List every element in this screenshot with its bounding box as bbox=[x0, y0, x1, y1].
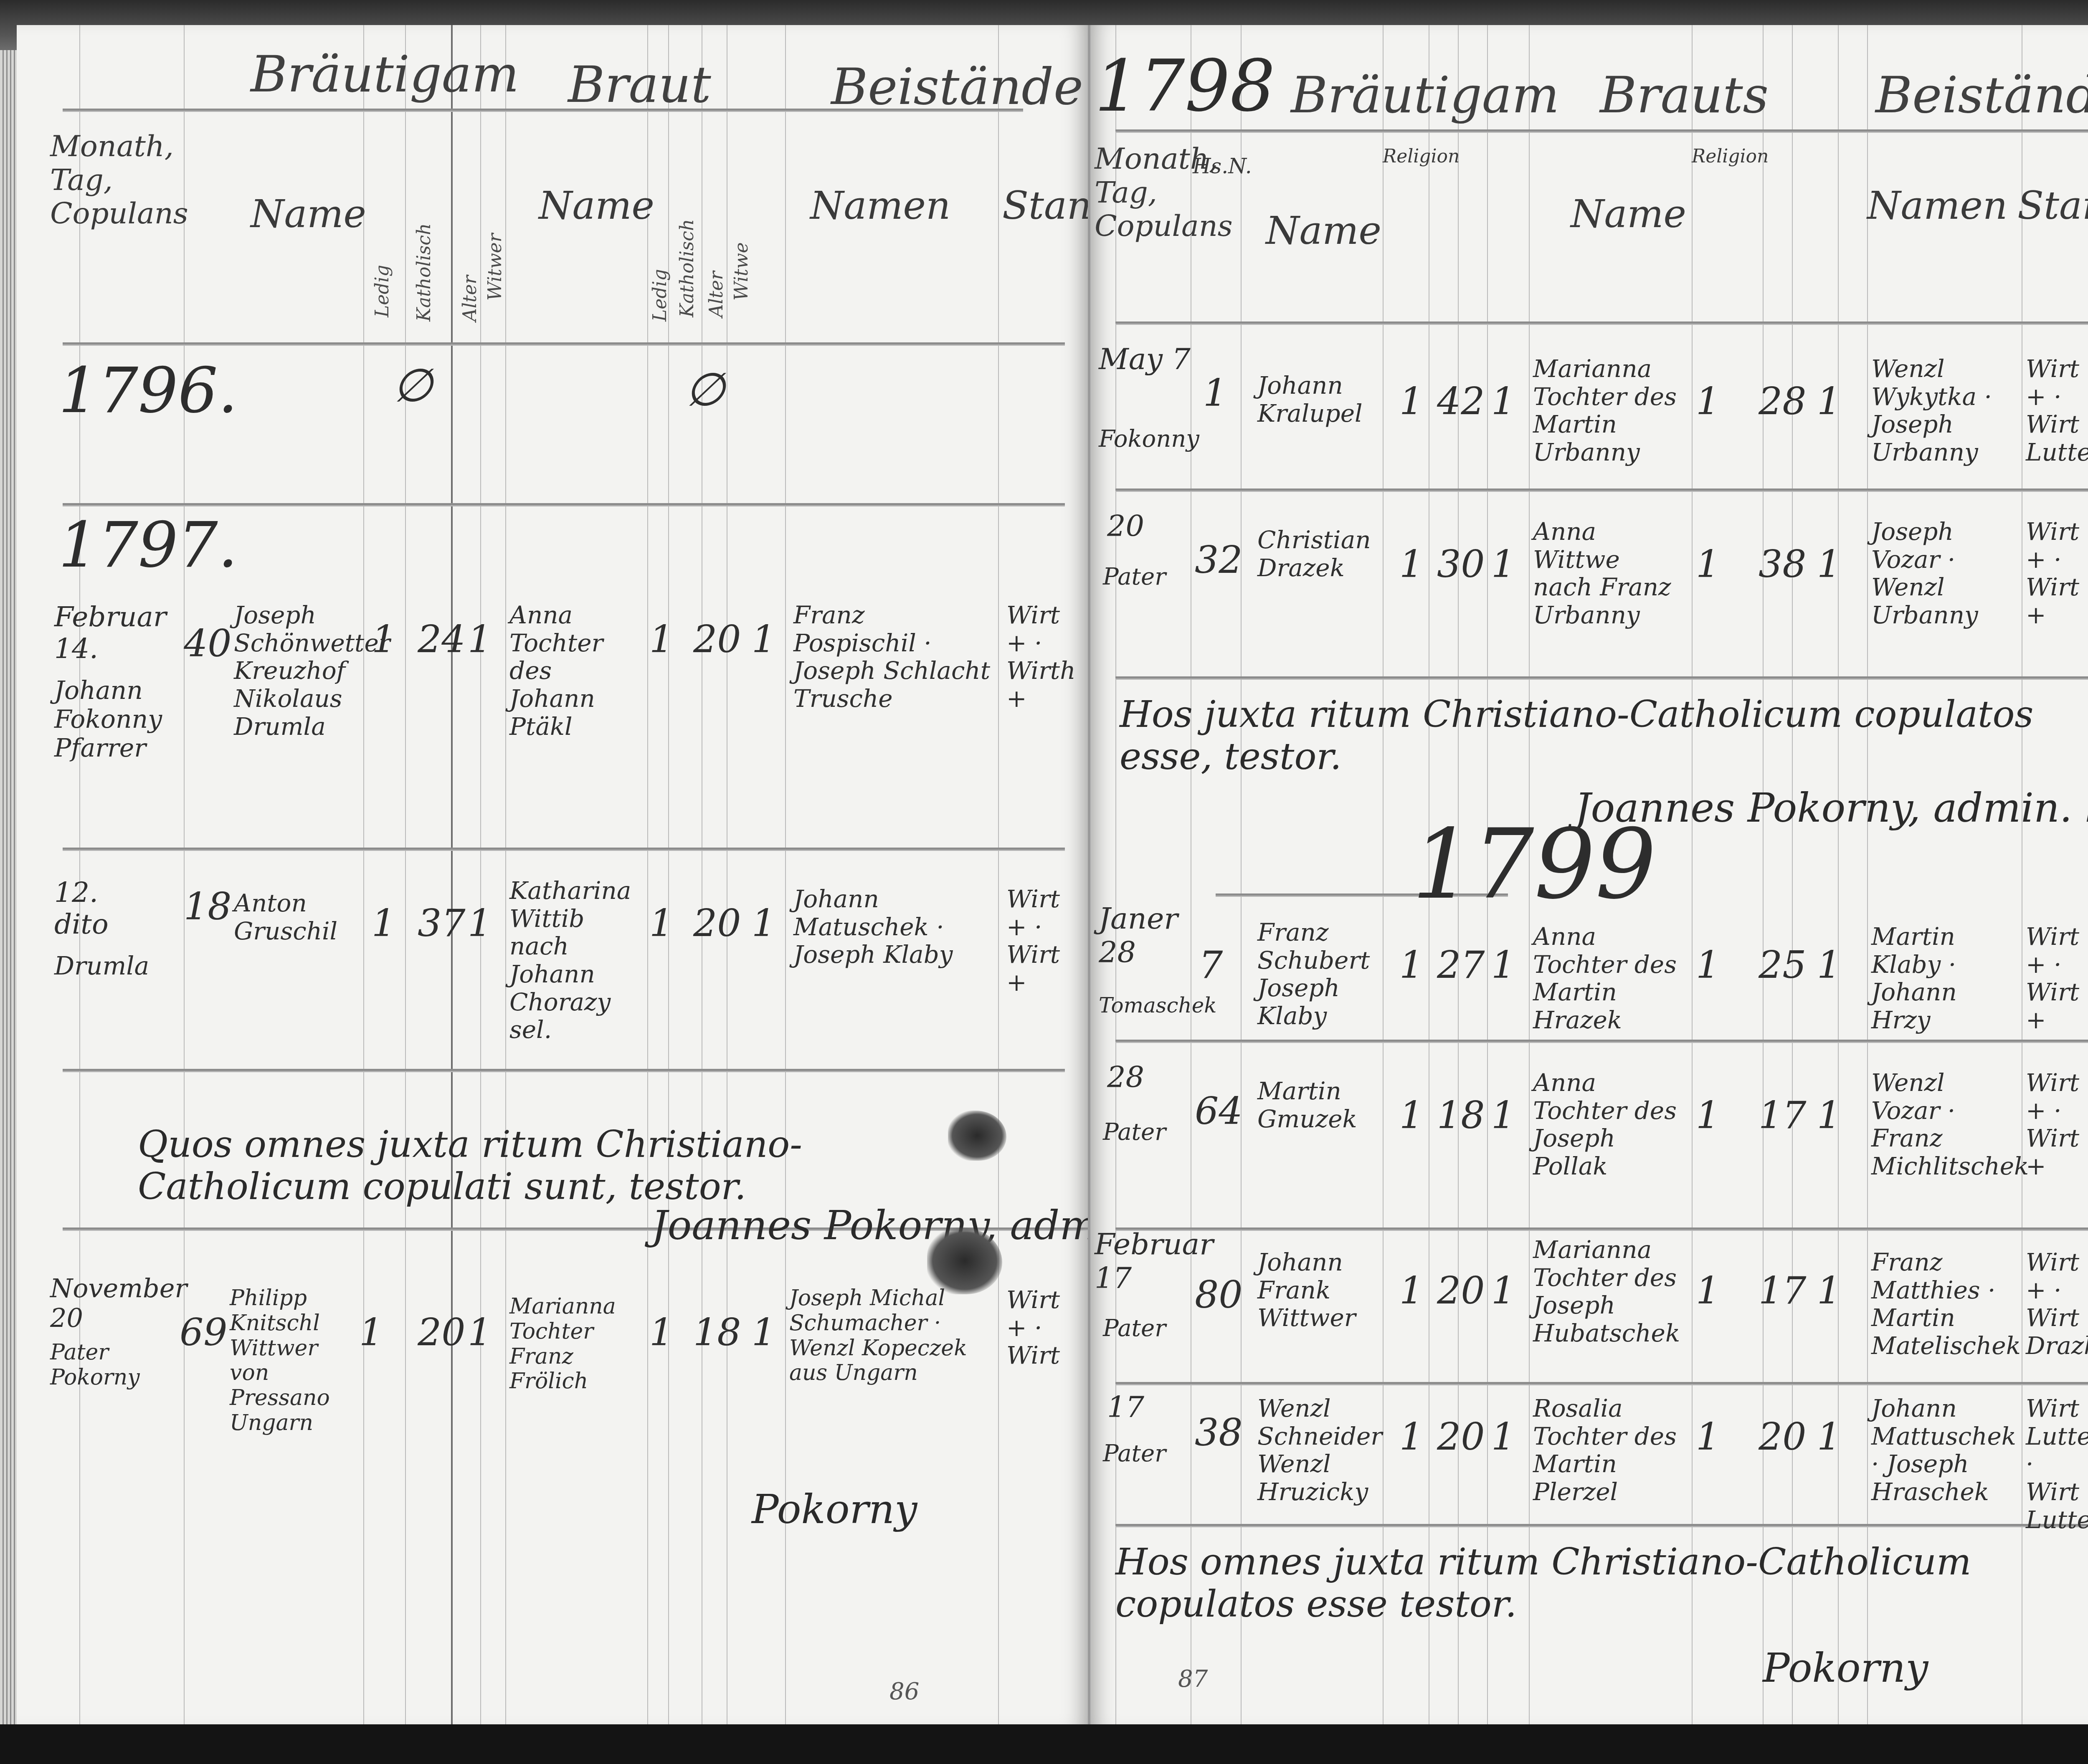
row-rule bbox=[1115, 1227, 2088, 1231]
header-bride-religion: Ledig bbox=[649, 134, 671, 321]
entry-groom: Johann Kralupel bbox=[1257, 372, 1378, 427]
ruling bbox=[702, 25, 702, 1726]
ruling bbox=[1115, 25, 1116, 1726]
entry-copulans: Pater bbox=[1103, 1440, 1166, 1467]
header-bride-widow: Witwe bbox=[731, 134, 752, 301]
entry-witnesses: Joseph Michal Schumacher · Wenzl Kopecze… bbox=[789, 1286, 990, 1386]
entry-groom-age: 20 bbox=[418, 1311, 466, 1354]
entry-groom-age: 37 bbox=[418, 902, 466, 945]
page-number: 87 bbox=[1178, 1666, 1208, 1693]
entry-date: November 20 bbox=[50, 1273, 159, 1333]
header-groom: Bräutigam bbox=[251, 46, 519, 104]
entry-copulans: Fokonny bbox=[1099, 426, 1199, 453]
signature: Joannes Pokorny, admin. loci bbox=[651, 1202, 1090, 1248]
header-witness-name: Namen bbox=[1867, 184, 2007, 228]
header-month-day-copulans: Monath, Tag, Copulans bbox=[50, 129, 155, 230]
entry-house: 38 bbox=[1195, 1411, 1243, 1455]
entry-status: Wirt + · Wirt Lutter bbox=[2026, 355, 2088, 466]
header-rule bbox=[1115, 129, 2088, 133]
entry-bride-rel: 1 bbox=[1696, 944, 1720, 987]
ruling bbox=[998, 25, 999, 1726]
entry-bride-single: 1 bbox=[752, 902, 775, 945]
entry-groom-rel: 1 bbox=[372, 902, 395, 945]
entry-groom-rel: 1 bbox=[1399, 1269, 1423, 1313]
entry-bride-single: 1 bbox=[1817, 944, 1841, 987]
entry-groom-single: 1 bbox=[1491, 944, 1515, 987]
entry-date: Februar 14. bbox=[54, 601, 155, 665]
year-1799: 1799 bbox=[1412, 810, 1656, 921]
entry-bride-age: 25 bbox=[1759, 944, 1807, 987]
left-page: Bräutigam Braut Beistände Monath, Tag, C… bbox=[17, 25, 1090, 1726]
ruling bbox=[1191, 25, 1191, 1726]
closing-note: Quos omnes juxta ritum Christiano-Cathol… bbox=[138, 1123, 973, 1207]
header-bride-catholic: Katholisch bbox=[677, 138, 698, 317]
entry-bride-rel: 1 bbox=[1696, 1094, 1720, 1137]
ruling bbox=[405, 25, 406, 1726]
entry-bride-age: 28 bbox=[1759, 380, 1807, 423]
entry-date: May 7 bbox=[1099, 342, 1191, 376]
entry-groom-single: 1 bbox=[1491, 1415, 1515, 1459]
ruling bbox=[79, 25, 80, 1726]
entry-groom-age: 18 bbox=[1437, 1094, 1485, 1137]
ruling bbox=[184, 25, 185, 1726]
entry-copulans: Pater bbox=[1103, 1119, 1166, 1146]
ink-blot bbox=[948, 1111, 1006, 1161]
header-house: Hs.N. bbox=[1193, 154, 1252, 179]
section-rule bbox=[63, 342, 1065, 346]
header-groom-name: Name bbox=[251, 192, 366, 236]
entry-house: 40 bbox=[184, 622, 232, 666]
header-groom-name: Name bbox=[1266, 209, 1381, 253]
entry-bride-single: 1 bbox=[1817, 1269, 1841, 1313]
entry-bride: Marianna Tochter des Joseph Hubatschek bbox=[1533, 1236, 1683, 1347]
row-rule bbox=[1115, 488, 2088, 492]
entry-bride: Anna Tochter des Johann Ptäkl bbox=[509, 601, 643, 740]
ruling bbox=[1792, 25, 1793, 1726]
entry-groom-rel: 1 bbox=[359, 1311, 383, 1354]
entry-bride-age: 20 bbox=[693, 618, 741, 661]
year-1798: 1798 bbox=[1095, 46, 1275, 128]
header-groom: Bräutigam bbox=[1291, 67, 1559, 124]
entry-witnesses: Wenzl Vozar · Franz Michlitschek bbox=[1871, 1069, 2017, 1180]
header-witness-status: Stand bbox=[1002, 184, 1090, 228]
row-rule bbox=[1115, 1382, 2088, 1385]
entry-status: Wirt + · Wirt + bbox=[2026, 923, 2088, 1034]
entry-bride-age: 17 bbox=[1759, 1094, 1807, 1137]
entry-groom-single: 1 bbox=[1491, 380, 1515, 423]
ruling bbox=[451, 25, 453, 1726]
entry-groom-age: 20 bbox=[1437, 1415, 1485, 1459]
entry-bride: Anna Tochter des Martin Hrazek bbox=[1533, 923, 1683, 1034]
entry-bride-single: 1 bbox=[1817, 1415, 1841, 1459]
entry-groom-age: 30 bbox=[1437, 543, 1485, 586]
nil-mark: ∅ bbox=[393, 359, 433, 412]
entry-house: 18 bbox=[184, 885, 232, 929]
ruling bbox=[363, 25, 364, 1726]
entry-status: Wirt + · Wirt + bbox=[1006, 885, 1073, 997]
entry-groom-age: 27 bbox=[1437, 944, 1485, 987]
entry-witnesses: Martin Klaby · Johann Hrzy bbox=[1871, 923, 2017, 1034]
nil-mark: ∅ bbox=[685, 363, 725, 416]
entry-bride-single: 1 bbox=[1817, 1094, 1841, 1137]
entry-bride-single: 1 bbox=[1817, 543, 1841, 586]
row-rule bbox=[1115, 1040, 2088, 1043]
header-month-day-copulans: Monath, Tag, Copulans bbox=[1095, 142, 1191, 243]
entry-date: Janer 28 bbox=[1099, 902, 1191, 969]
header-bride-name: Name bbox=[539, 184, 654, 228]
entry-bride: Anna Tochter des Joseph Pollak bbox=[1533, 1069, 1683, 1180]
entry-copulans: Pater bbox=[1103, 1315, 1166, 1342]
page-edges-left bbox=[0, 50, 17, 1724]
entry-bride-rel: 1 bbox=[1696, 543, 1720, 586]
entry-groom-rel: 1 bbox=[1399, 1415, 1423, 1459]
ruling bbox=[1763, 25, 1764, 1726]
page-number: 86 bbox=[889, 1678, 919, 1705]
ruling bbox=[647, 25, 648, 1726]
entry-status: Wirt + · Wirt + bbox=[2026, 518, 2088, 629]
header-witnesses: Beistände bbox=[1875, 67, 2088, 124]
section-rule bbox=[1115, 321, 2088, 325]
entry-groom-rel: 1 bbox=[1399, 380, 1423, 423]
ruling bbox=[1838, 25, 1839, 1726]
closing-note-1798: Hos juxta ritum Christiano-Catholicum co… bbox=[1120, 693, 2088, 777]
entry-bride: Marianna Tochter Franz Frölich bbox=[509, 1294, 643, 1394]
right-page: 1798 Bräutigam Brauts Beistände Monath, … bbox=[1090, 25, 2088, 1726]
entry-groom-age: 24 bbox=[418, 618, 466, 661]
row-rule bbox=[63, 848, 1065, 851]
header-witnesses: Beistände bbox=[831, 58, 1083, 116]
entry-groom-rel: 1 bbox=[372, 618, 395, 661]
entry-bride-rel: 1 bbox=[649, 1311, 673, 1354]
entry-bride-rel: 1 bbox=[1696, 1269, 1720, 1313]
row-rule bbox=[1115, 1524, 2088, 1527]
header-groom-age: Alter bbox=[459, 142, 481, 321]
entry-groom: Philipp Knitschl Wittwer von Pressano Un… bbox=[230, 1286, 351, 1436]
entry-date: Februar 17 bbox=[1095, 1227, 1195, 1295]
year-1797: 1797. bbox=[58, 509, 238, 582]
entry-groom: Joseph Schönwetter Kreuzhof Nikolaus Dru… bbox=[234, 601, 359, 740]
entry-bride-single: 1 bbox=[752, 1311, 775, 1354]
entry-date: 17 bbox=[1107, 1390, 1144, 1424]
ruling bbox=[785, 25, 786, 1726]
ruling bbox=[1867, 25, 1868, 1726]
entry-bride-rel: 1 bbox=[649, 618, 673, 661]
ruling bbox=[1692, 25, 1693, 1726]
entry-witnesses: Johann Matuschek · Joseph Klaby bbox=[793, 885, 994, 969]
entry-groom-rel: 1 bbox=[1399, 1094, 1423, 1137]
entry-groom: Franz Schubert Joseph Klaby bbox=[1257, 919, 1378, 1030]
entry-house: 80 bbox=[1195, 1273, 1243, 1317]
entry-copulans: Tomaschek bbox=[1099, 994, 1217, 1018]
header-bride: Brauts bbox=[1600, 67, 1769, 124]
entry-bride-age: 17 bbox=[1759, 1269, 1807, 1313]
entry-groom: Christian Drazek bbox=[1257, 526, 1378, 582]
entry-bride-rel: 1 bbox=[1696, 380, 1720, 423]
entry-bride-age: 18 bbox=[693, 1311, 741, 1354]
ruling bbox=[1383, 25, 1384, 1726]
entry-groom-single: 1 bbox=[468, 1311, 492, 1354]
ruling bbox=[2022, 25, 2022, 1726]
row-rule bbox=[63, 1069, 1065, 1072]
year-1796: 1796. bbox=[58, 355, 238, 427]
signature-2: Pokorny bbox=[752, 1486, 917, 1532]
entry-bride: Marianna Tochter des Martin Urbanny bbox=[1533, 355, 1683, 466]
entry-bride-rel: 1 bbox=[649, 902, 673, 945]
scan-background-bottom bbox=[0, 1724, 2088, 1764]
entry-bride-age: 20 bbox=[693, 902, 741, 945]
entry-witnesses: Wenzl Wykytka · Joseph Urbanny bbox=[1871, 355, 2017, 466]
entry-groom-single: 1 bbox=[1491, 1269, 1515, 1313]
entry-bride-age: 38 bbox=[1759, 543, 1807, 586]
entry-groom-age: 20 bbox=[1437, 1269, 1485, 1313]
header-groom-religion: Ledig bbox=[372, 129, 393, 317]
entry-date: 28 bbox=[1107, 1060, 1144, 1094]
entry-date: 20 bbox=[1107, 509, 1144, 543]
entry-copulans: Pater Pokorny bbox=[50, 1340, 159, 1390]
header-bride: Braut bbox=[568, 56, 711, 114]
header-witness-name: Namen bbox=[810, 184, 950, 228]
entry-status: Wirt + · Wirt Drazky bbox=[2026, 1248, 2088, 1360]
entry-copulans: Drumla bbox=[54, 952, 155, 981]
entry-groom: Wenzl Schneider Wenzl Hruzicky bbox=[1257, 1394, 1378, 1506]
entry-witnesses: Johann Mattuschek · Joseph Hraschek bbox=[1871, 1394, 2017, 1506]
header-bride-name: Name bbox=[1571, 192, 1686, 236]
entry-status: Wirt + · Wirt bbox=[1006, 1286, 1073, 1369]
entry-groom-rel: 1 bbox=[1399, 944, 1423, 987]
entry-groom-single: 1 bbox=[468, 902, 492, 945]
entry-bride: Katharina Wittib nach Johann Chorazy sel… bbox=[509, 877, 643, 1044]
entry-status: Wirt Lutter · Wirt Lutter bbox=[2026, 1394, 2088, 1534]
section-rule bbox=[63, 503, 1065, 506]
entry-house: 7 bbox=[1199, 944, 1223, 987]
ruling bbox=[1241, 25, 1242, 1726]
entry-status: Wirt + · Wirth + bbox=[1006, 601, 1073, 713]
entry-bride: Rosalia Tochter des Martin Plerzel bbox=[1533, 1394, 1683, 1506]
header-witness-status: Stand bbox=[2017, 184, 2088, 228]
header-bride-age: Alter bbox=[706, 138, 727, 317]
header-groom-widower: Witwer bbox=[484, 134, 506, 301]
header-groom-religion: Religion bbox=[1383, 146, 1460, 167]
entry-house: 32 bbox=[1195, 539, 1243, 582]
closing-note-1799: Hos omnes juxta ritum Christiano-Catholi… bbox=[1115, 1541, 2088, 1625]
entry-house: 69 bbox=[180, 1311, 228, 1354]
entry-bride-single: 1 bbox=[1817, 380, 1841, 423]
entry-copulans: Pater bbox=[1103, 564, 1166, 590]
entry-bride-age: 20 bbox=[1759, 1415, 1807, 1459]
entry-groom: Johann Frank Wittwer bbox=[1257, 1248, 1378, 1332]
entry-witnesses: Franz Pospischil · Joseph Schlacht Trusc… bbox=[793, 601, 994, 713]
entry-groom: Anton Gruschil bbox=[234, 889, 359, 945]
entry-status: Wirt + · Wirt + bbox=[2026, 1069, 2088, 1180]
entry-date: 12. dito bbox=[54, 877, 155, 940]
entry-house: 1 bbox=[1203, 372, 1227, 415]
entry-bride-rel: 1 bbox=[1696, 1415, 1720, 1459]
entry-groom-single: 1 bbox=[468, 618, 492, 661]
entry-groom-age: 42 bbox=[1437, 380, 1485, 423]
header-bride-religion: Religion bbox=[1692, 146, 1769, 167]
entry-house: 64 bbox=[1195, 1090, 1243, 1133]
signature-1799: Pokorny bbox=[1763, 1645, 1928, 1691]
entry-witnesses: Joseph Vozar · Wenzl Urbanny bbox=[1871, 518, 2017, 629]
entry-witnesses: Franz Matthies · Martin Matelischek bbox=[1871, 1248, 2017, 1360]
entry-groom: Martin Gmuzek bbox=[1257, 1077, 1378, 1133]
entry-groom-single: 1 bbox=[1491, 543, 1515, 586]
entry-groom-rel: 1 bbox=[1399, 543, 1423, 586]
row-rule bbox=[1115, 676, 2088, 680]
entry-copulans: Johann Fokonny Pfarrer bbox=[54, 676, 155, 763]
entry-bride-single: 1 bbox=[752, 618, 775, 661]
entry-groom-single: 1 bbox=[1491, 1094, 1515, 1137]
header-groom-catholic: Katholisch bbox=[413, 142, 435, 321]
entry-bride: Anna Wittwe nach Franz Urbanny bbox=[1533, 518, 1683, 629]
